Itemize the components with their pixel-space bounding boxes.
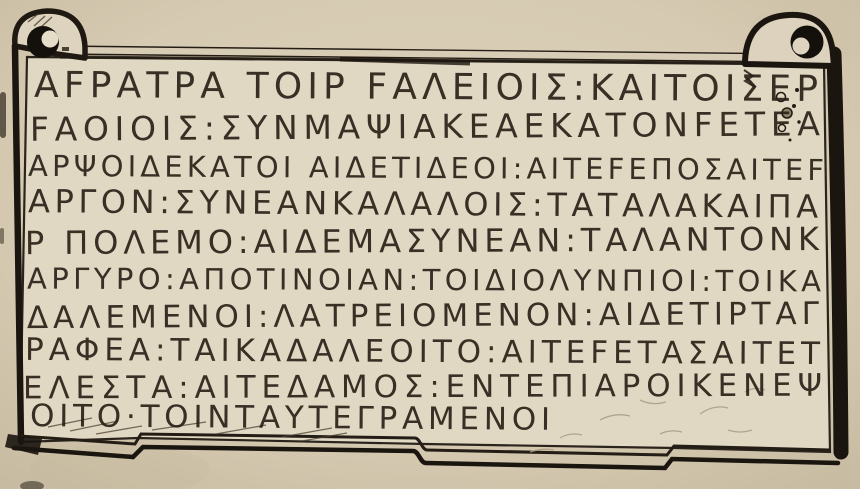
inscription-line-10: ΟΙΤΟ·ΤΟΙΝΤΑΥΤΕΓΡΑΜΕΝΟΙ [30, 398, 555, 438]
paper-edge-smudge [0, 228, 4, 244]
inscription-text: ΑϜΡΑΤΡΑ ΤΟΙΡ ϜΑΛΕΙΟΙΣ:ΚΑΙΤΟΙΣΕΡ ϜΑΟΙΟΙΣ:… [23, 65, 828, 438]
inscription-line-1: ΑϜΡΑΤΡΑ ΤΟΙΡ ϜΑΛΕΙΟΙΣ:ΚΑΙΤΟΙΣΕΡ [34, 65, 823, 110]
inscription-line-2: ϜΑΟΙΟΙΣ:ΣΥΝΜΑΨΙΑΚΕΑΕΚΑΤΟΝϜΕΤΕΑ [30, 104, 826, 149]
left-rivet-highlight [42, 31, 59, 48]
inscription-line-6: ΑΡΓΥΡΟ:ΑΠΟΤΙΝΟΙΑΝ:ΤΟΙΔΙΟΛΥΝΠΙΟΙ:ΤΟΙΚΑ [27, 262, 826, 299]
engraved-tablet-plate: ΑϜΡΑΤΡΑ ΤΟΙΡ ϜΑΛΕΙΟΙΣ:ΚΑΙΤΟΙΣΕΡ ϜΑΟΙΟΙΣ:… [0, 0, 860, 489]
inscription-line-7: ΔΑΛΕΜΕΝΟΙ:ΛΑΤΡΕΙΟΜΕΝΟΝ:ΑΙΔΕΤΙΡΤΑΓ [27, 296, 824, 336]
left-lug-nick [62, 47, 69, 51]
inscription-line-4: ΑΡΓΟΝ:ΣΥΝΕΑΝΚΑΛΑΛΟΙΣ:ΤΑΤΑΛΑΚΑΙΠΑ [28, 182, 823, 226]
inscription-line-3: ΑΡΨΟΙΔΕΚΑΤΟΙ ΑΙΔΕΤΙΔΕΟΙ:ΑΙΤΕϜΕΠΟΣΑΙΤΕϜ [28, 149, 828, 187]
paper-edge-smudge [0, 92, 6, 138]
right-rivet-highlight [793, 38, 810, 55]
inscription-line-8: ΡΑΦΕΑ:ΤΑΙΚΑΔΑΛΕΟΙΤΟ:ΑΙΤΕϜΕΤΑΣΑΙΤΕΤ [25, 332, 825, 372]
inscription-line-5: Ρ ΠΟΛΕΜΟ:ΑΙΔΕΜΑΣΥΝΕΑΝ:ΤΑΛΑΝΤΟΝΚ [25, 220, 824, 262]
right-edge-band [834, 54, 841, 452]
